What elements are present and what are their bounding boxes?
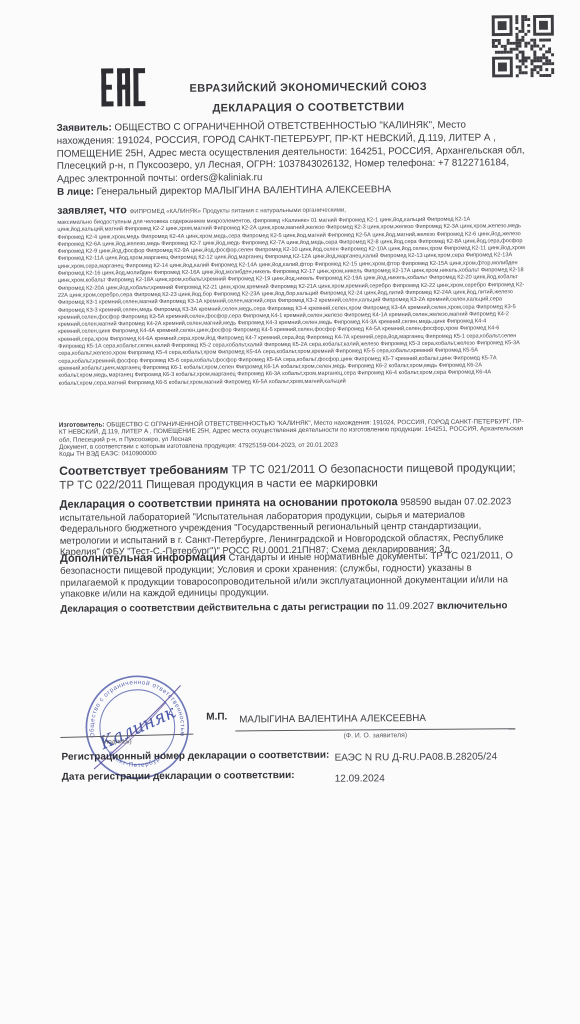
product-list: максимально биодоступным для человека со…: [57, 216, 526, 387]
compliance-label: Соответствует требованиям: [59, 462, 228, 477]
declares-heading: заявляет, что ФИПРОМЕД «КАЛИНЯК» Продукт…: [57, 201, 525, 217]
registration-date-label: Дата регистрации декларации о соответств…: [62, 770, 295, 783]
company-stamp: Общество с ограниченной ответственностью…: [83, 673, 192, 782]
validity-label: Декларация о соответствии действительна …: [60, 601, 383, 615]
additional-info-label: Дополнительная информация: [60, 552, 226, 565]
union-title: ЕВРАЗИЙСКИЙ ЭКОНОМИЧЕСКИЙ СОЮЗ: [68, 80, 548, 96]
document-title: ДЕКЛАРАЦИЯ О СООТВЕТСТВИИ: [68, 100, 548, 116]
basis-section: Декларация о соответствии принята на осн…: [59, 495, 527, 558]
product-intro: ФИПРОМЕД «КАЛИНЯК» Продукты питания с на…: [130, 208, 346, 216]
applicant-full-name: МАЛЫГИНА ВАЛЕНТИНА АЛЕКСЕЕВНА: [235, 712, 515, 731]
stamp-place-label: М.П.: [206, 712, 227, 723]
additional-info-section: Дополнительная информация Стандарты и ин…: [60, 550, 528, 601]
registration-number-label: Регистрационный номер декларации о соотв…: [61, 750, 329, 763]
applicant-name-caption: (Ф. И. О. заявителя): [235, 731, 515, 740]
qr-code: [491, 14, 556, 79]
representative-text: Генеральный директор МАЛЫГИНА ВАЛЕНТИНА …: [97, 184, 392, 197]
applicant-text: ОБЩЕСТВО С ОГРАНИЧЕННОЙ ОТВЕТСТВЕННОСТЬЮ…: [57, 120, 525, 185]
validity-section: Декларация о соответствии действительна …: [60, 600, 528, 616]
registration-date-value: 12.09.2024: [335, 773, 385, 784]
representative-section: В лице: Генеральный директор МАЛЫГИНА ВА…: [57, 183, 525, 199]
representative-label: В лице:: [57, 187, 94, 198]
manufacturer-section: Изготовитель: ОБЩЕСТВО С ОГРАНИЧЕННОЙ ОТ…: [59, 418, 527, 458]
applicant-label: Заявитель:: [57, 122, 112, 133]
signature-caption: (подпись): [102, 738, 131, 745]
compliance-section: Соответствует требованиям ТР ТС 021/2011…: [59, 460, 527, 493]
applicant-section: Заявитель: ОБЩЕСТВО С ОГРАНИЧЕННОЙ ОТВЕТ…: [57, 119, 525, 187]
registration-number-value: ЕАЭС N RU Д-RU.РА08.В.28205/24: [335, 751, 498, 763]
applicant-name-block: МАЛЫГИНА ВАЛЕНТИНА АЛЕКСЕЕВНА (Ф. И. О. …: [235, 712, 515, 740]
validity-suffix: включительно: [437, 600, 508, 612]
declares-label: заявляет, что: [57, 204, 127, 217]
declaration-document: ЕВРАЗИЙСКИЙ ЭКОНОМИЧЕСКИЙ СОЮЗ ДЕКЛАРАЦИ…: [0, 0, 580, 1024]
validity-date: 11.09.2027: [386, 601, 434, 612]
